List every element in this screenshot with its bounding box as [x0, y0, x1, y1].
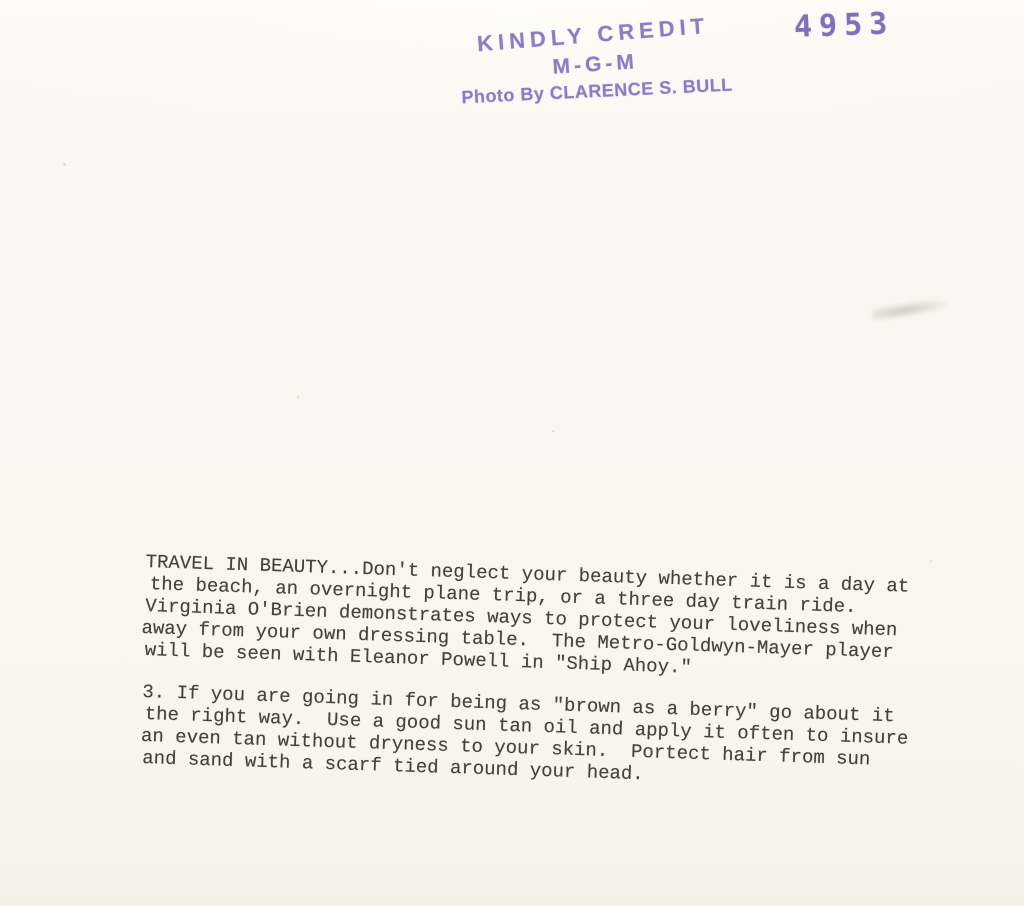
reference-number: 4953: [793, 6, 894, 44]
photo-back-paper: KINDLY CREDIT M-G-M Photo By CLARENCE S.…: [0, 0, 1024, 906]
paper-speck: [930, 560, 932, 562]
mgm-credit-stamp: KINDLY CREDIT M-G-M Photo By CLARENCE S.…: [428, 11, 763, 114]
typed-caption: TRAVEL IN BEAUTY...Don't neglect your be…: [139, 551, 976, 796]
paper-speck: [297, 395, 299, 399]
caption-paragraph-intro: TRAVEL IN BEAUTY...Don't neglect your be…: [142, 551, 975, 688]
photo-back: { "stamp": { "line1": "KINDLY CREDIT", "…: [0, 0, 1024, 906]
paper-speck: [63, 163, 66, 166]
caption-paragraph-tip-3: 3. If you are going in for being as "bro…: [139, 681, 971, 796]
pencil-smudge: [871, 295, 953, 323]
paper-speck: [552, 430, 555, 432]
